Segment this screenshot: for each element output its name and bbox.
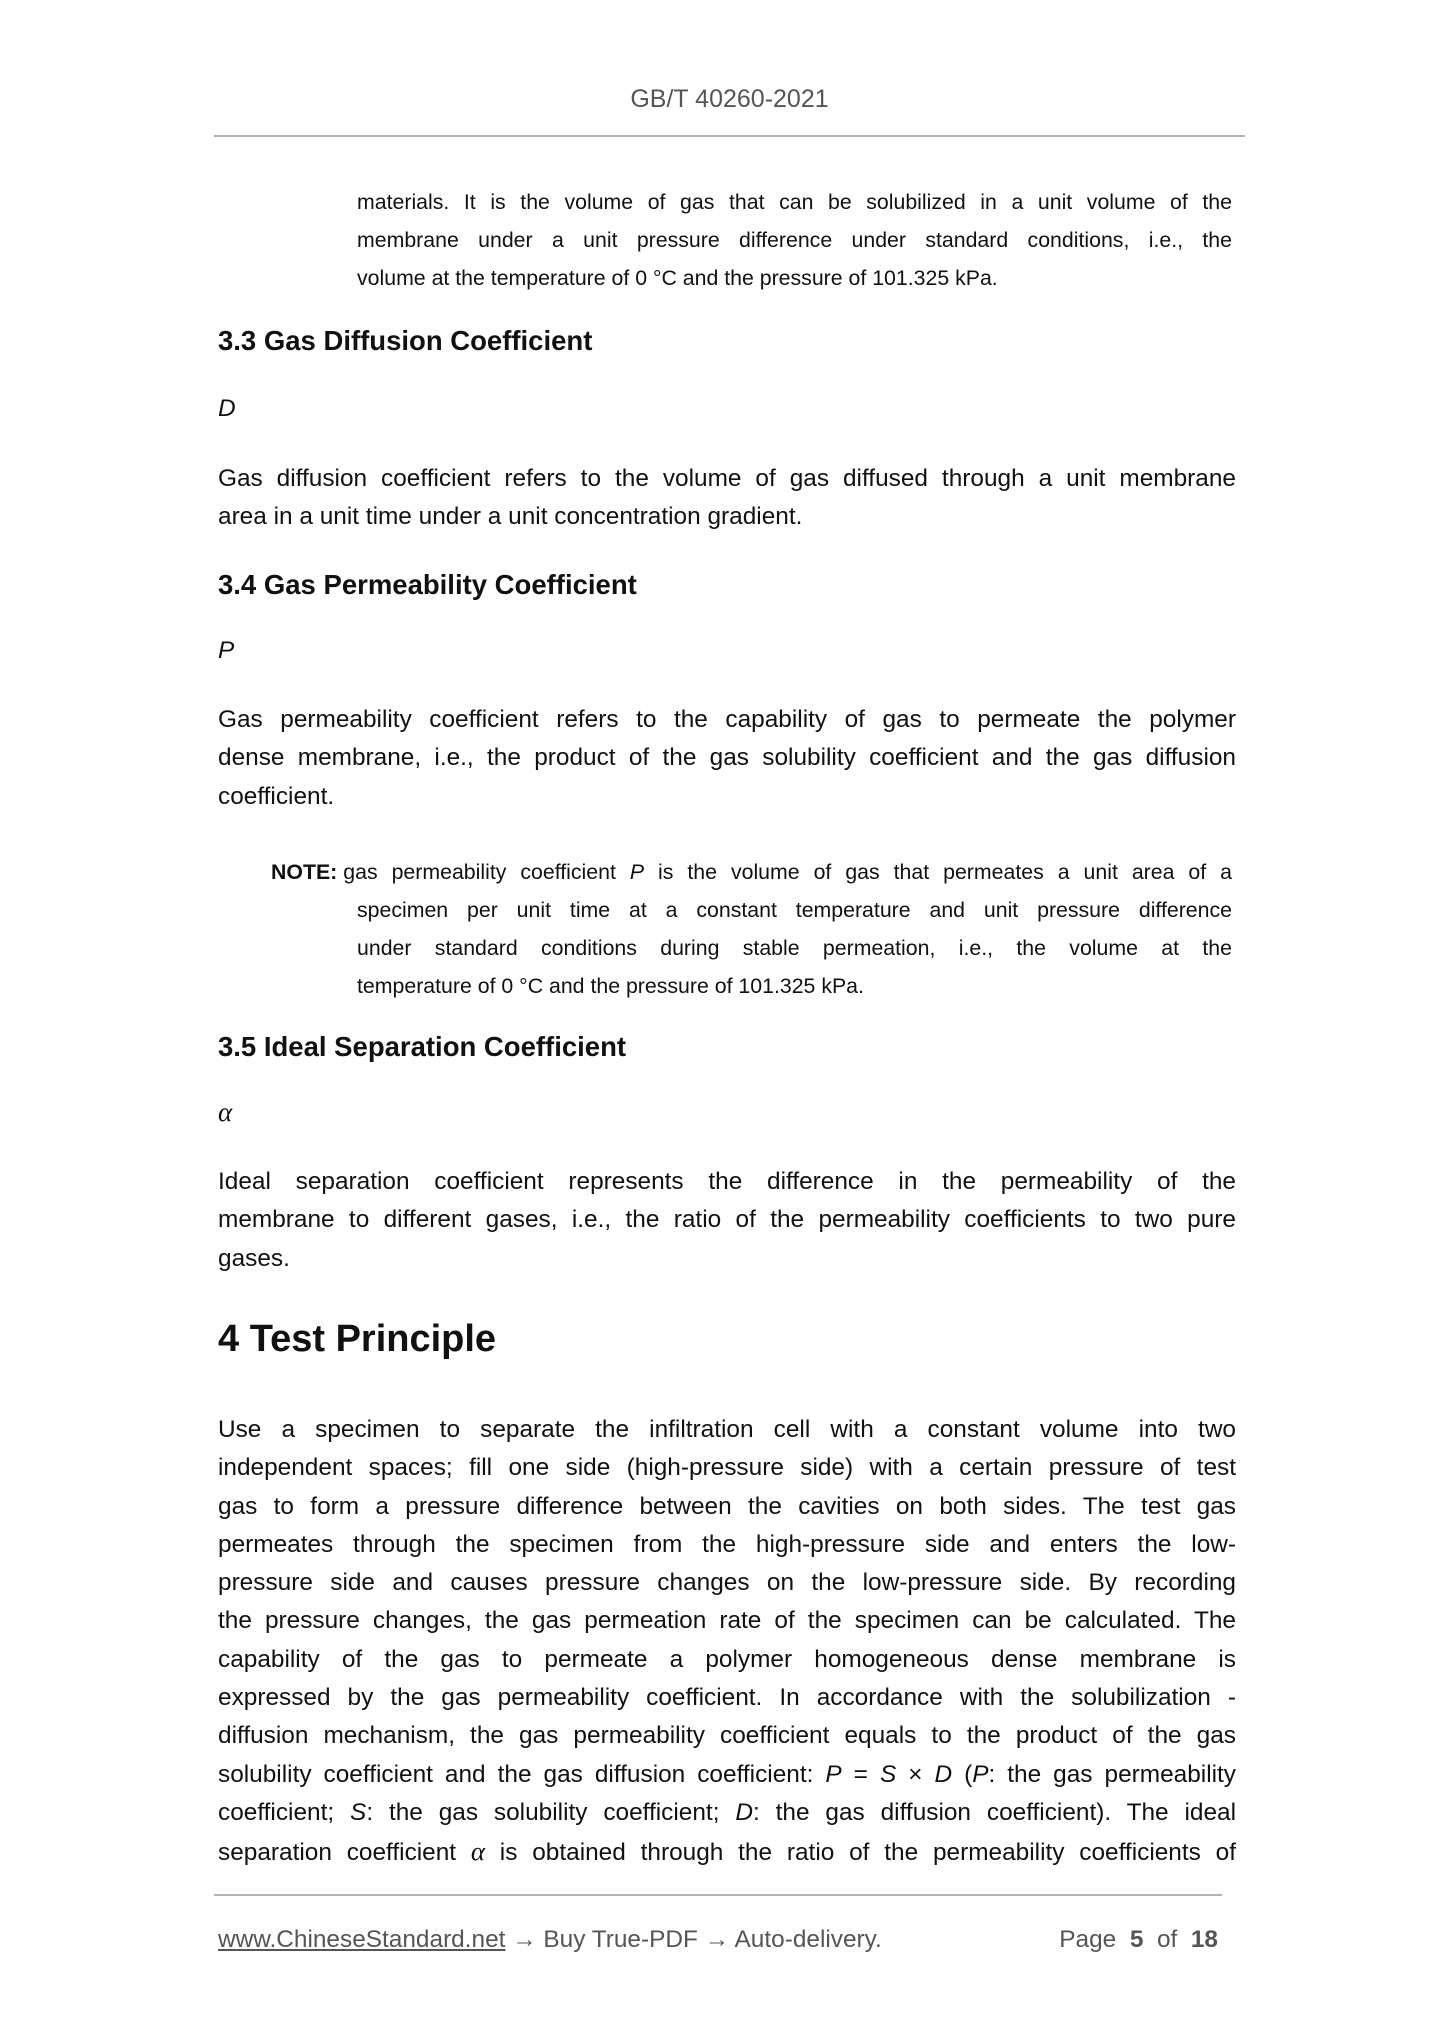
intro-paragraph: materials. It is the volume of gas that … [357, 183, 1232, 297]
text-line: coefficient. [218, 778, 1236, 816]
text: : the gas diffusion coefficient). The id… [753, 1799, 1236, 1826]
section-heading-3-4: 3.4 Gas Permeability Coefficient [218, 568, 637, 602]
symbol-p: P [218, 636, 234, 666]
page-total: 18 [1191, 1926, 1218, 1953]
text: solubility coefficient and the gas diffu… [218, 1761, 825, 1788]
footer-promo: www.ChineseStandard.net → Buy True-PDF →… [218, 1925, 882, 1955]
text-line: under standard conditions during stable … [357, 929, 1232, 967]
text-line: area in a unit time under a unit concent… [218, 498, 1236, 536]
paragraph-4: Use a specimen to separate the infiltrat… [218, 1411, 1236, 1873]
paragraph-3-4: Gas permeability coefficient refers to t… [218, 701, 1236, 816]
text-line: membrane to different gases, i.e., the r… [218, 1201, 1236, 1239]
footer-step-buy: Buy True-PDF [543, 1926, 698, 1953]
note-text: gas permeability coefficient [343, 860, 630, 884]
times-sign: × [896, 1761, 934, 1788]
text-line: permeates through the specimen from the … [218, 1526, 1236, 1564]
arrow-right-icon: → [705, 1926, 729, 1953]
alpha-line: separation coefficient α is obtained thr… [218, 1832, 1236, 1872]
chinesestandard-link[interactable]: www.ChineseStandard.net [218, 1926, 505, 1953]
text-line: diffusion mechanism, the gas permeabilit… [218, 1717, 1236, 1755]
symbol-p-inline: P [825, 1761, 841, 1788]
symbol-s-inline: S [880, 1761, 896, 1788]
definition-line: coefficient; S: the gas solubility coeff… [218, 1794, 1236, 1832]
symbol-d: D [218, 394, 236, 424]
text: : the gas solubility coefficient; [366, 1799, 735, 1826]
header-divider [214, 135, 1245, 137]
text: is obtained through the ratio of the per… [485, 1839, 1236, 1866]
arrow-right-icon: → [512, 1926, 536, 1953]
section-heading-3-3: 3.3 Gas Diffusion Coefficient [218, 324, 592, 358]
text-line: volume at the temperature of 0 °C and th… [357, 259, 1232, 297]
text-line: specimen per unit time at a constant tem… [357, 891, 1232, 929]
text: separation coefficient [218, 1839, 471, 1866]
text: coefficient; [218, 1799, 350, 1826]
symbol-alpha-inline: α [471, 1836, 485, 1866]
text-line: Gas permeability coefficient refers to t… [218, 701, 1236, 739]
symbol-d-inline: D [934, 1761, 952, 1788]
page-label: Page [1059, 1926, 1116, 1953]
note-label: NOTE: [271, 853, 337, 891]
text-line: temperature of 0 °C and the pressure of … [357, 967, 1232, 1005]
section-heading-4: 4 Test Principle [218, 1317, 496, 1361]
text-line: materials. It is the volume of gas that … [357, 183, 1232, 221]
document-code-header: GB/T 40260-2021 [214, 84, 1245, 114]
page-indicator: Page 5 of 18 [1000, 1925, 1218, 1955]
text-line: expressed by the gas permeability coeffi… [218, 1679, 1236, 1717]
text-line: gas permeability coefficient P is the vo… [343, 853, 1232, 891]
text-line: the pressure changes, the gas permeation… [218, 1602, 1236, 1640]
text: ( [952, 1761, 972, 1788]
text-line: gas to form a pressure difference betwee… [218, 1488, 1236, 1526]
text-line: dense membrane, i.e., the product of the… [218, 739, 1236, 777]
paragraph-3-5: Ideal separation coefficient represents … [218, 1163, 1236, 1278]
footer-divider [214, 1894, 1222, 1896]
text: : the gas permeability [989, 1761, 1237, 1788]
note-text: is the volume of gas that permeates a un… [644, 860, 1232, 884]
text-line: Use a specimen to separate the infiltrat… [218, 1411, 1236, 1449]
note-block: NOTE: gas permeability coefficient P is … [271, 853, 1232, 1005]
text-line: Ideal separation coefficient represents … [218, 1163, 1236, 1201]
text-line: capability of the gas to permeate a poly… [218, 1641, 1236, 1679]
symbol-s-inline: S [350, 1799, 366, 1826]
text-line: pressure side and causes pressure change… [218, 1564, 1236, 1602]
paragraph-3-3: Gas diffusion coefficient refers to the … [218, 460, 1236, 537]
equals-sign: = [842, 1761, 880, 1788]
symbol-alpha: α [218, 1097, 232, 1127]
symbol-d-inline: D [735, 1799, 753, 1826]
text-line: membrane under a unit pressure differenc… [357, 221, 1232, 259]
text-line: Gas diffusion coefficient refers to the … [218, 460, 1236, 498]
symbol-p-inline: P [630, 860, 644, 884]
page-current: 5 [1130, 1926, 1144, 1953]
formula-line: solubility coefficient and the gas diffu… [218, 1756, 1236, 1794]
page-of-label: of [1157, 1926, 1177, 1953]
section-heading-3-5: 3.5 Ideal Separation Coefficient [218, 1030, 626, 1064]
symbol-p-inline: P [972, 1761, 988, 1788]
text-line: gases. [218, 1240, 1236, 1278]
text-line: independent spaces; fill one side (high-… [218, 1449, 1236, 1487]
footer-step-delivery: Auto-delivery. [735, 1926, 882, 1953]
